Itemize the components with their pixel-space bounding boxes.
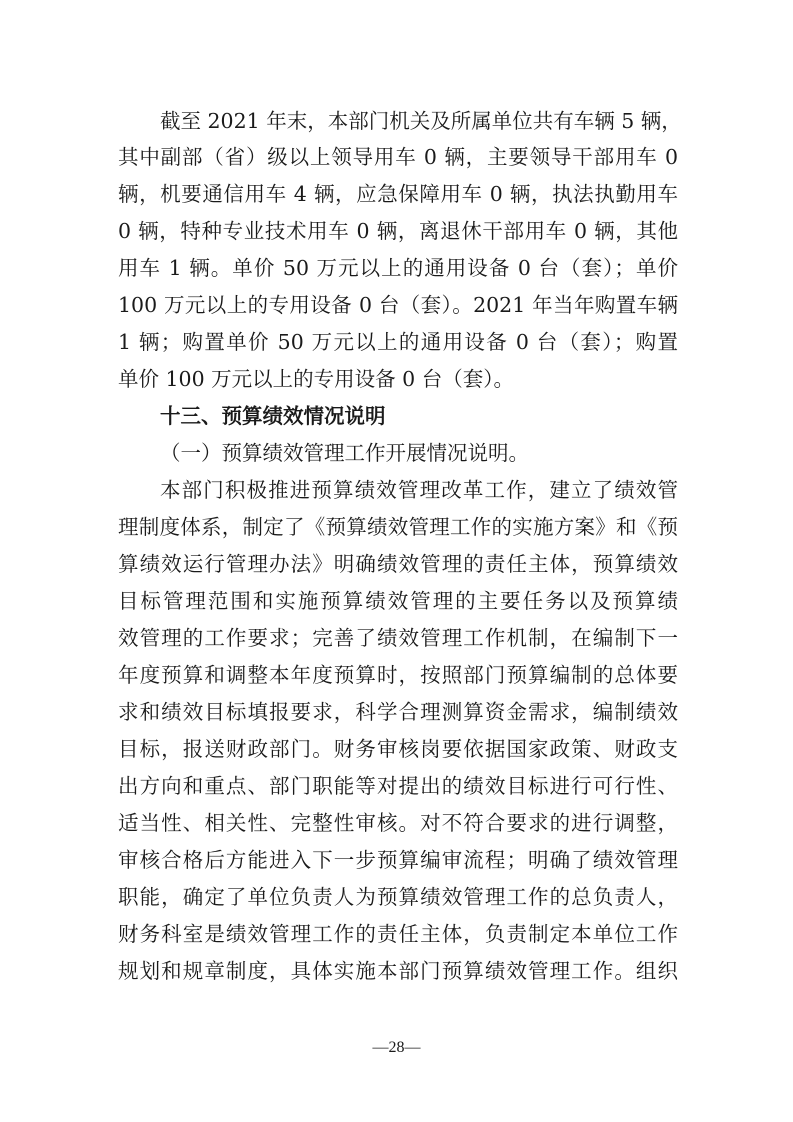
page-number: —28— — [0, 1036, 793, 1060]
text-line: 1 辆；购置单价 50 万元以上的通用设备 0 台（套）；购置 — [118, 324, 678, 360]
text-line: 年度预算和调整本年度预算时，按照部门预算编制的总体要 — [118, 657, 678, 693]
text-line: 目标管理范围和实施预算绩效管理的主要任务以及预算绩 — [118, 583, 678, 619]
text-line: 出方向和重点、部门职能等对提出的绩效目标进行可行性、 — [118, 768, 678, 804]
document-page: 截至 2021 年末，本部门机关及所属单位共有车辆 5 辆， 其中副部（省）级以… — [0, 0, 793, 1122]
text-line: 用车 1 辆。单价 50 万元以上的通用设备 0 台（套）；单价 — [118, 250, 678, 286]
section-heading: 十三、预算绩效情况说明 — [160, 398, 386, 434]
text-line: 单价 100 万元以上的专用设备 0 台（套）。 — [118, 361, 678, 397]
text-line: 审核合格后方能进入下一步预算编审流程；明确了绩效管理 — [118, 842, 678, 878]
text-line: 财务科室是绩效管理工作的责任主体，负责制定本单位工作 — [118, 916, 678, 952]
text-line: 截至 2021 年末，本部门机关及所属单位共有车辆 5 辆， — [160, 103, 678, 139]
text-line: 其中副部（省）级以上领导用车 0 辆，主要领导干部用车 0 — [118, 139, 678, 175]
text-line: 100 万元以上的专用设备 0 台（套）。2021 年当年购置车辆 — [118, 287, 678, 323]
text-line: 适当性、相关性、完整性审核。对不符合要求的进行调整， — [118, 805, 678, 841]
text-line: 0 辆，特种专业技术用车 0 辆，离退休干部用车 0 辆，其他 — [118, 213, 678, 249]
subsection-heading: （一）预算绩效管理工作开展情况说明。 — [160, 435, 529, 471]
text-line: 效管理的工作要求；完善了绩效管理工作机制，在编制下一 — [118, 620, 678, 656]
text-line: 理制度体系，制定了《预算绩效管理工作的实施方案》和《预 — [118, 509, 678, 545]
text-line: 本部门积极推进预算绩效管理改革工作，建立了绩效管 — [160, 472, 678, 508]
text-line: 求和绩效目标填报要求，科学合理测算资金需求，编制绩效 — [118, 694, 678, 730]
text-line: 规划和规章制度，具体实施本部门预算绩效管理工作。组织 — [118, 953, 678, 989]
text-line: 职能，确定了单位负责人为预算绩效管理工作的总负责人， — [118, 879, 678, 915]
text-line: 算绩效运行管理办法》明确绩效管理的责任主体，预算绩效 — [118, 546, 678, 582]
text-line: 目标，报送财政部门。财务审核岗要依据国家政策、财政支 — [118, 731, 678, 767]
text-line: 辆，机要通信用车 4 辆，应急保障用车 0 辆，执法执勤用车 — [118, 176, 678, 212]
